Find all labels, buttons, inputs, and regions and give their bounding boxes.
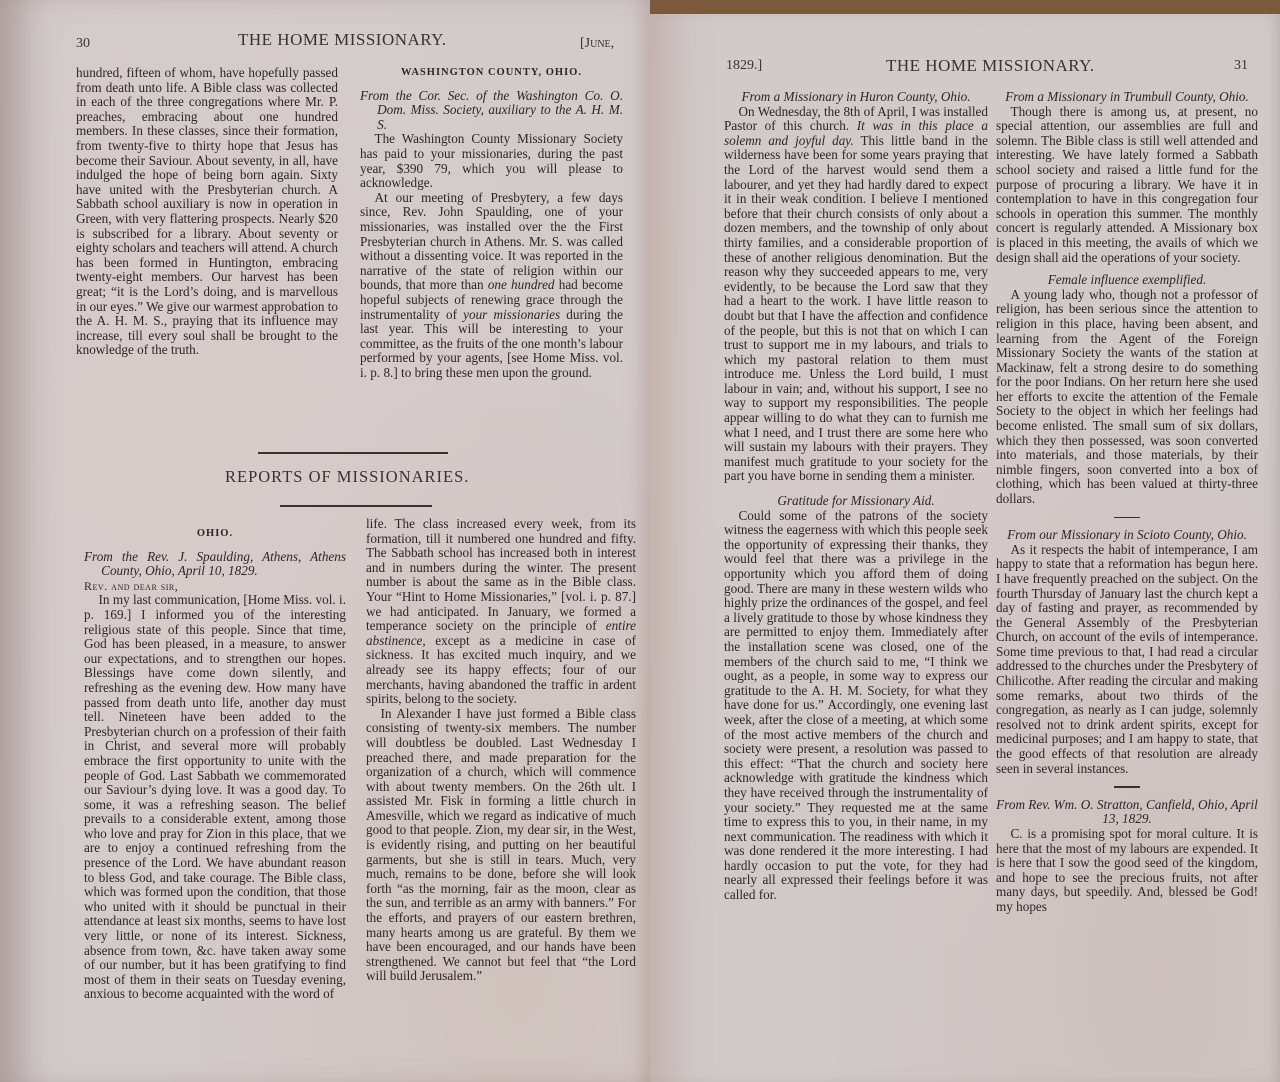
page-number: 31 [1234,58,1248,74]
source-line: From the Rev. J. Spaulding, Athens, Athe… [84,550,346,579]
divider-rule [1114,517,1140,519]
paragraph: In Alexander I have just formed a Bible … [366,707,636,984]
paragraph: On Wednesday, the 8th of April, I was in… [724,105,988,484]
running-head: THE HOME MISSIONARY. [238,30,447,50]
source-line: From a Missionary in Huron County, Ohio. [724,90,988,105]
column-top-right: WASHINGTON COUNTY, OHIO. From the Cor. S… [360,66,623,380]
paragraph: Though there is among us, at present, no… [996,105,1258,266]
divider-rule [258,452,448,454]
divider-rule [1114,786,1140,788]
divider-rule [280,505,432,507]
column-bottom-left: OHIO. From the Rev. J. Spaulding, Athens… [84,527,346,1002]
paragraph: hundred, fifteen of whom, have hopefully… [76,66,338,358]
running-head: THE HOME MISSIONARY. [886,56,1095,76]
paragraph: In my last communication, [Home Miss. vo… [84,593,346,1002]
paragraph: A young lady who, though not a professor… [996,288,1258,507]
column-left: From a Missionary in Huron County, Ohio.… [724,90,988,903]
source-line: From Rev. Wm. O. Stratton, Canfield, Ohi… [996,798,1258,827]
salutation: Rev. and dear sir, [84,579,346,594]
paragraph: As it respects the habit of intemperance… [996,543,1258,777]
subheading: Gratitude for Missionary Aid. [724,494,988,509]
paragraph: C. is a promising spot for moral culture… [996,827,1258,915]
section-heading: OHIO. [84,527,346,542]
paragraph: At our meeting of Presbytery, a few days… [360,191,623,381]
column-top-left: hundred, fifteen of whom, have hopefully… [76,66,338,358]
paragraph: life. The class increased every week, fr… [366,517,636,707]
column-bottom-right: life. The class increased every week, fr… [366,517,636,984]
paragraph: Could some of the patrons of the society… [724,509,988,903]
source-line: From a Missionary in Trumbull County, Oh… [996,90,1258,105]
page-number: 30 [76,36,90,52]
binding-edge [650,0,1280,14]
right-page: 1829.] THE HOME MISSIONARY. 31 From a Mi… [650,14,1280,1082]
source-line: From the Cor. Sec. of the Washington Co.… [360,89,623,133]
left-page: 30 THE HOME MISSIONARY. [June, hundred, … [0,0,650,1082]
source-line: From our Missionary in Scioto County, Oh… [996,528,1258,543]
subheading: Female influence exemplified. [996,273,1258,288]
section-title: REPORTS OF MISSIONARIES. [225,467,469,487]
column-right: From a Missionary in Trumbull County, Oh… [996,90,1258,914]
date-tag: [June, [580,36,614,52]
section-heading: WASHINGTON COUNTY, OHIO. [360,66,623,81]
date-tag: 1829.] [726,58,762,74]
paragraph: The Washington County Missionary Society… [360,132,623,190]
